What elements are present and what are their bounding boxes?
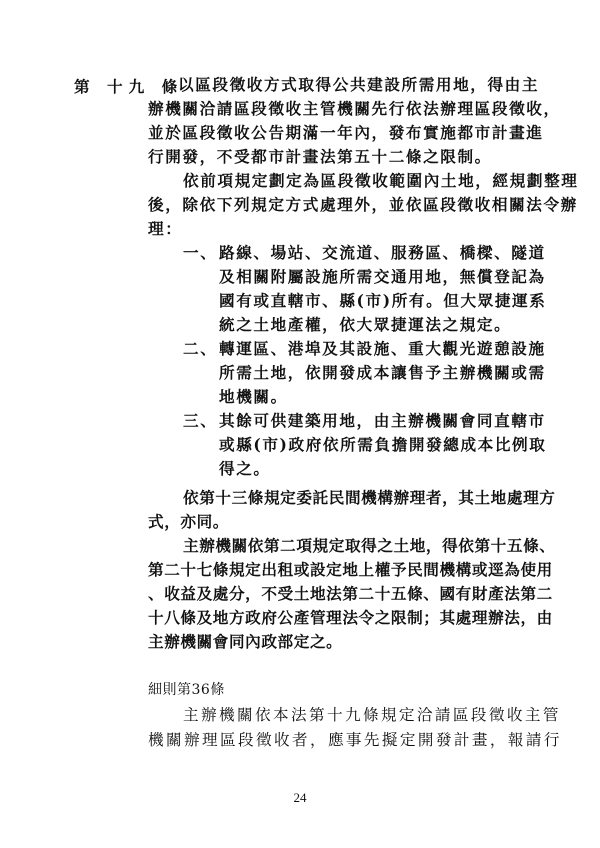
list-item-line: 統之土地產權，依大眾捷運法之規定。: [219, 315, 511, 335]
list-item-line: 得之。: [219, 459, 271, 479]
page-number: 24: [0, 790, 600, 806]
list-item-marker: 二、: [183, 339, 217, 359]
article-paragraph1-line: 行開發，不受都市計畫法第五十二條之限制。: [148, 147, 492, 167]
article-label: 第 十九 條: [74, 75, 183, 97]
article-paragraph4-line: 主辦機關會同內政部定之。: [148, 632, 342, 652]
article-paragraph4-line: 、收益及處分，不受土地法第二十五條、國有財產法第二: [148, 584, 553, 604]
article-paragraph4-line: 第二十七條規定出租或設定地上權予民間機構或逕為使用: [148, 560, 553, 580]
list-item-line: 路線、場站、交流道、服務區、橋樑、隧道: [219, 243, 546, 263]
list-item-line: 及相關附屬設施所需交通用地，無償登記為: [219, 267, 546, 287]
article-paragraph4-line: 主辦機關依第二項規定取得之土地，得依第十五條、: [183, 536, 555, 556]
article-paragraph1-line: 辦機關洽請區段徵收主管機關先行依法辦理區段徵收，: [148, 99, 561, 119]
rules-paragraph-line: 主辦機關依本法第十九條規定洽請區段徵收主管: [183, 705, 561, 725]
list-item-line: 轉運區、港埠及其設施、重大觀光遊憩設施: [219, 339, 546, 359]
article-paragraph1-line: 以區段徵收方式取得公共建設所需用地，得由主: [178, 75, 539, 95]
article-paragraph3-line: 依第十三條規定委託民間機構辦理者，其土地處理方: [183, 488, 555, 508]
article-paragraph2-line: 理：: [148, 219, 182, 239]
list-item-marker: 一、: [183, 243, 217, 263]
list-item-line: 其餘可供建築用地，由主辦機關會同直轄市: [219, 411, 546, 431]
list-item-marker: 三、: [183, 411, 217, 431]
list-item-line: 國有或直轄市、縣(市)所有。但大眾捷運系: [219, 291, 546, 311]
article-paragraph4-line: 十八條及地方政府公產管理法令之限制；其處理辦法，由: [148, 608, 553, 628]
article-paragraph1-line: 並於區段徵收公告期滿一年內，發布實施都市計畫進: [148, 123, 543, 143]
list-item-line: 或縣(市)政府依所需負擔開發總成本比例取: [219, 435, 546, 455]
list-item-line: 所需土地，依開發成本讓售予主辦機關或需: [219, 363, 546, 383]
article-paragraph3-line: 式，亦同。: [148, 512, 229, 532]
list-item-line: 地機關。: [219, 387, 288, 407]
rules-paragraph-line: 機關辦理區段徵收者，應事先擬定開發計畫，報請行: [148, 730, 562, 750]
article-paragraph2-line: 後，除依下列規定方式處理外，並依區段徵收相關法令辦: [148, 195, 578, 215]
article-paragraph2-line: 依前項規定劃定為區段徵收範圍內土地，經規劃整理: [183, 171, 578, 191]
rules-heading: 細則第36條: [148, 679, 225, 699]
